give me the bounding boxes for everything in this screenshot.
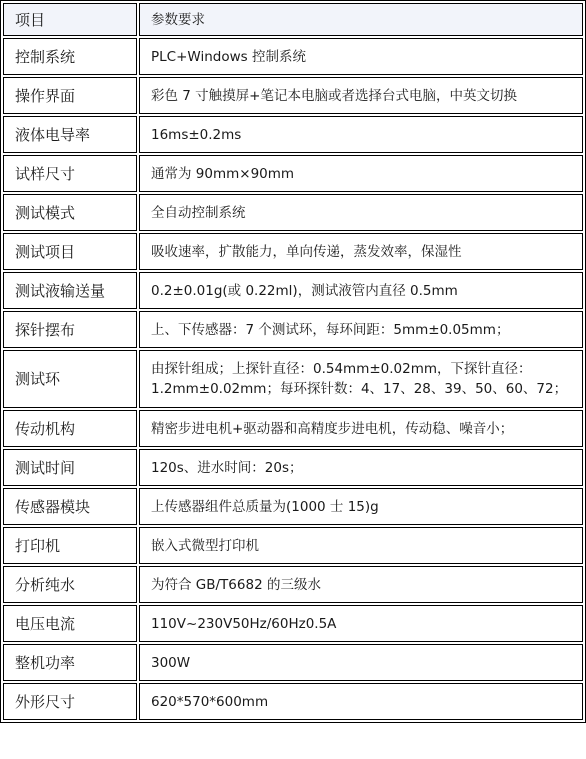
header-item: 项目	[3, 3, 137, 36]
row-value: 620*570*600mm	[139, 683, 583, 720]
table-row: 打印机 嵌入式微型打印机	[3, 527, 583, 564]
row-value: 吸收速率，扩散能力，单向传递，蒸发效率，保湿性	[139, 233, 583, 270]
table-row: 电压电流 110V~230V50Hz/60Hz0.5A	[3, 605, 583, 642]
row-value: 嵌入式微型打印机	[139, 527, 583, 564]
row-label: 电压电流	[3, 605, 137, 642]
row-label: 操作界面	[3, 77, 137, 114]
row-label: 传感器模块	[3, 488, 137, 525]
row-label: 测试时间	[3, 449, 137, 486]
row-label: 测试项目	[3, 233, 137, 270]
row-label: 打印机	[3, 527, 137, 564]
table-row: 测试时间 120s、进水时间：20s；	[3, 449, 583, 486]
row-value: 彩色 7 寸触摸屏+笔记本电脑或者选择台式电脑，中英文切换	[139, 77, 583, 114]
row-value: 上、下传感器：7 个测试环，每环间距：5mm±0.05mm；	[139, 311, 583, 348]
table-header-row: 项目 参数要求	[3, 3, 583, 36]
row-value: 上传感器组件总质量为(1000 士 15)g	[139, 488, 583, 525]
table-row: 整机功率 300W	[3, 644, 583, 681]
row-label: 测试液输送量	[3, 272, 137, 309]
row-label: 测试环	[3, 350, 137, 408]
row-value: 通常为 90mm×90mm	[139, 155, 583, 192]
row-value: 0.2±0.01g(或 0.22ml)，测试液管内直径 0.5mm	[139, 272, 583, 309]
table-row: 控制系统 PLC+Windows 控制系统	[3, 38, 583, 75]
table-row: 操作界面 彩色 7 寸触摸屏+笔记本电脑或者选择台式电脑，中英文切换	[3, 77, 583, 114]
row-value: 300W	[139, 644, 583, 681]
spec-table: 项目 参数要求 控制系统 PLC+Windows 控制系统 操作界面 彩色 7 …	[0, 0, 586, 723]
row-label: 控制系统	[3, 38, 137, 75]
row-value-line-1: 由探针组成；上探针直径：0.54mm±0.02mm，下探针直径：	[151, 359, 582, 379]
row-value-line-2: 1.2mm±0.02mm；每环探针数：4、17、28、39、50、60、72；	[151, 379, 582, 399]
table-row: 测试液输送量 0.2±0.01g(或 0.22ml)，测试液管内直径 0.5mm	[3, 272, 583, 309]
row-label: 外形尺寸	[3, 683, 137, 720]
row-value: 全自动控制系统	[139, 194, 583, 231]
row-label: 传动机构	[3, 410, 137, 447]
row-label: 分析纯水	[3, 566, 137, 603]
table-row: 测试项目 吸收速率，扩散能力，单向传递，蒸发效率，保湿性	[3, 233, 583, 270]
table-row: 测试环 由探针组成；上探针直径：0.54mm±0.02mm，下探针直径： 1.2…	[3, 350, 583, 408]
row-label: 试样尺寸	[3, 155, 137, 192]
row-value: 120s、进水时间：20s；	[139, 449, 583, 486]
row-label: 整机功率	[3, 644, 137, 681]
row-value: 110V~230V50Hz/60Hz0.5A	[139, 605, 583, 642]
table-row: 测试模式 全自动控制系统	[3, 194, 583, 231]
table-row: 探针摆布 上、下传感器：7 个测试环，每环间距：5mm±0.05mm；	[3, 311, 583, 348]
table-row: 传动机构 精密步进电机+驱动器和高精度步进电机，传动稳、噪音小；	[3, 410, 583, 447]
row-label: 液体电导率	[3, 116, 137, 153]
row-value: 由探针组成；上探针直径：0.54mm±0.02mm，下探针直径： 1.2mm±0…	[139, 350, 583, 408]
table-row: 试样尺寸 通常为 90mm×90mm	[3, 155, 583, 192]
row-label: 探针摆布	[3, 311, 137, 348]
header-requirement: 参数要求	[139, 3, 583, 36]
table-row: 传感器模块 上传感器组件总质量为(1000 士 15)g	[3, 488, 583, 525]
table-row: 外形尺寸 620*570*600mm	[3, 683, 583, 720]
row-value: 为符合 GB/T6682 的三级水	[139, 566, 583, 603]
table-row: 液体电导率 16ms±0.2ms	[3, 116, 583, 153]
table-row: 分析纯水 为符合 GB/T6682 的三级水	[3, 566, 583, 603]
row-value: 精密步进电机+驱动器和高精度步进电机，传动稳、噪音小；	[139, 410, 583, 447]
row-value: PLC+Windows 控制系统	[139, 38, 583, 75]
row-label: 测试模式	[3, 194, 137, 231]
row-value: 16ms±0.2ms	[139, 116, 583, 153]
